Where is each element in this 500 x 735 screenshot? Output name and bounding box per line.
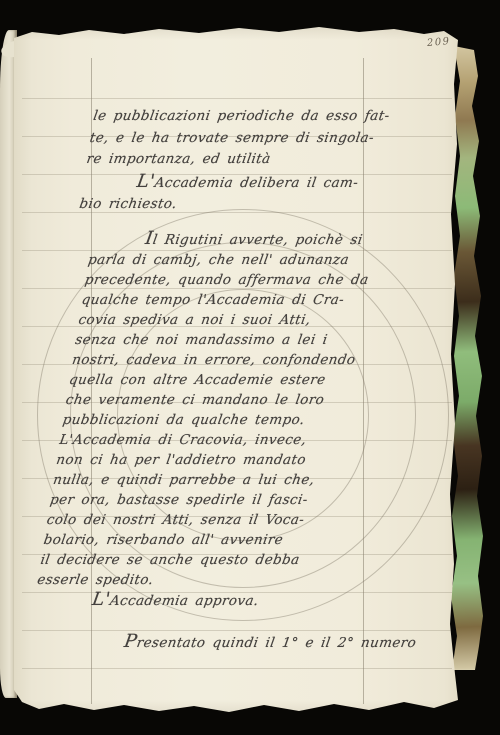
handwritten-line: L'Accademia di Cracovia, invece, (58, 430, 345, 450)
paragraph-1: le pubblicazioni periodiche da esso fat-… (78, 106, 391, 216)
page-number: 209 (427, 36, 451, 49)
handwritten-line: che veramente ci mandano le loro (64, 390, 351, 410)
handwritten-line: covia spediva a noi i suoi Atti, (77, 310, 364, 330)
handwritten-line: te, e le ha trovate sempre di singola- (88, 128, 388, 150)
handwritten-line: esserle spedito. (36, 570, 323, 590)
handwritten-line: nostri, cadeva in errore, confondendo (71, 350, 358, 370)
manuscript-page: 209 le pubblicazioni periodiche da esso … (14, 24, 458, 714)
handwritten-line: per ora, bastasse spedirle il fasci- (48, 490, 335, 510)
handwritten-line: Il Rigutini avverte, poichè si (90, 229, 377, 250)
handwritten-line: senza che noi mandassimo a lei i (74, 330, 361, 350)
handwritten-line: il decidere se anche questo debba (39, 550, 326, 570)
handwritten-line: non ci ha per l'addietro mandato (55, 450, 342, 470)
handwritten-line: re importanza, ed utilità (85, 149, 385, 171)
handwritten-line: pubblicazioni da qualche tempo. (61, 410, 348, 430)
handwritten-line: bio richiesto. (78, 194, 378, 216)
handwritten-line: colo dei nostri Atti, senza il Voca- (45, 510, 332, 530)
handwritten-line: nulla, e quindi parrebbe a lui che, (52, 470, 339, 490)
paragraph-3: Presentato quindi il 1° e il 2° numero (122, 631, 418, 654)
handwritten-line: le pubblicazioni periodiche da esso fat- (92, 106, 392, 128)
handwritten-line: quella con altre Accademie estere (68, 370, 355, 390)
handwritten-line: L'Accademia approva. (32, 590, 319, 611)
handwritten-line: qualche tempo l'Accademia di Cra- (80, 290, 367, 310)
handwritten-line: Presentato quindi il 1° e il 2° numero (122, 631, 418, 654)
handwritten-line: precedente, quando affermava che da (83, 270, 370, 290)
handwritten-line: L'Accademia delibera il cam- (81, 171, 381, 195)
photographed-manuscript: 209 le pubblicazioni periodiche da esso … (0, 0, 500, 735)
handwritten-line: parla di cambj, che nell' adunanza (87, 250, 374, 270)
paragraph-2: Il Rigutini avverte, poichè si parla di … (32, 229, 376, 611)
handwritten-line: bolario, riserbando all' avvenire (42, 530, 329, 550)
